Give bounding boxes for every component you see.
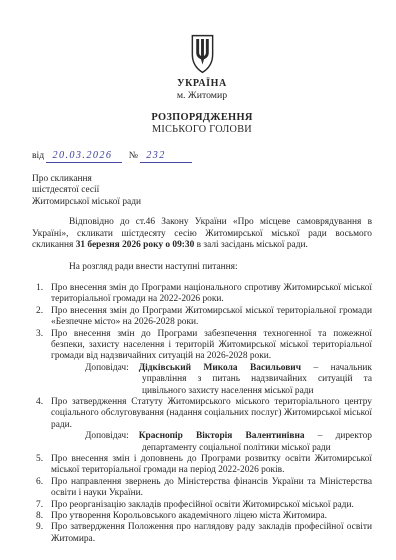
agenda-item-number: 8. [36,511,43,522]
ukraine-trident-emblem-icon [32,34,372,76]
agenda-list: 1.Про внесення змін до Програми націонал… [32,283,372,545]
agenda-item-text: Про внесення змін і доповнень до Програм… [51,454,372,475]
subject-line-3: Житомирської міської ради [32,197,372,208]
session-datetime: 31 березня 2026 року о 09:30 [76,240,195,250]
agenda-item: 8.Про утворення Корольовського академічн… [32,511,372,522]
agenda-intro: На розгляд ради внести наступні питання: [32,262,372,273]
document-type-line2: МІСЬКОГО ГОЛОВИ [32,124,372,135]
agenda-item-number: 6. [36,477,43,488]
agenda-item: 9.Про затвердження Положення про наглядо… [32,522,372,545]
document-page: УКРАЇНА м. Житомир РОЗПОРЯДЖЕННЯ МІСЬКОГ… [0,0,396,560]
speaker-label: Доповідач: [85,363,129,373]
handwritten-number: 232 [140,150,191,163]
agenda-item-number: 4. [36,397,43,408]
agenda-item-number: 1. [36,283,43,294]
speaker-line: Доповідач:Краснопір Вікторія Валентинівн… [51,431,372,454]
agenda-item: 4.Про затвердження Статуту Житомирського… [32,397,372,454]
intro-paragraph: Відповідно до ст.46 Закону України «Про … [32,217,372,251]
agenda-item-number: 3. [36,329,43,340]
document-type-line1: РОЗПОРЯДЖЕННЯ [32,112,372,123]
reference-line: від 20.03.2026 № 232 [32,150,372,163]
agenda-item-text: Про внесення змін до Програми забезпечен… [51,329,372,362]
agenda-item-number: 5. [36,454,43,465]
subject-line-1: Про скликання [32,174,372,185]
agenda-item: 3.Про внесення змін до Програми забезпеч… [32,329,372,397]
speaker-name: Краснопір Вікторія Валентинівна [139,431,305,441]
speaker-name: Дідківський Микола Васильович [139,363,301,373]
agenda-item: 6.Про направлення звернень до Міністерст… [32,477,372,500]
agenda-item-text: Про реорганізацію закладів професійної о… [51,500,354,510]
agenda-item-text: Про внесення змін до Програми Житомирськ… [51,306,372,327]
agenda-item-number: 9. [36,522,43,533]
agenda-item: 1.Про внесення змін до Програми націонал… [32,283,372,306]
speaker-line: Доповідач:Дідківський Микола Васильович … [51,363,372,397]
subject-line-2: шістдесятої сесії [32,185,372,196]
agenda-item: 5.Про внесення змін і доповнень до Прогр… [32,454,372,477]
agenda-item-number: 2. [36,306,43,317]
country-title: УКРАЇНА [32,78,372,89]
subject-block: Про скликання шістдесятої сесії Житомирс… [32,174,372,208]
agenda-item-text: Про затвердження Статуту Житомирського м… [51,397,372,430]
handwritten-date: 20.03.2026 [46,150,122,163]
agenda-item-text: Про затвердження Положення про наглядову… [51,522,372,543]
city-subtitle: м. Житомир [32,90,372,101]
speaker-label: Доповідач: [85,431,129,441]
number-sign: № [129,150,138,161]
agenda-item-number: 7. [36,500,43,511]
agenda-item-text: Про утворення Корольовського академічног… [51,511,327,521]
agenda-item-text: Про направлення звернень до Міністерства… [51,477,372,498]
agenda-item: 2.Про внесення змін до Програми Житомирс… [32,306,372,329]
date-prefix: від [32,150,44,161]
agenda-item: 7.Про реорганізацію закладів професійної… [32,500,372,511]
agenda-item-text: Про внесення змін до Програми національн… [51,283,372,304]
